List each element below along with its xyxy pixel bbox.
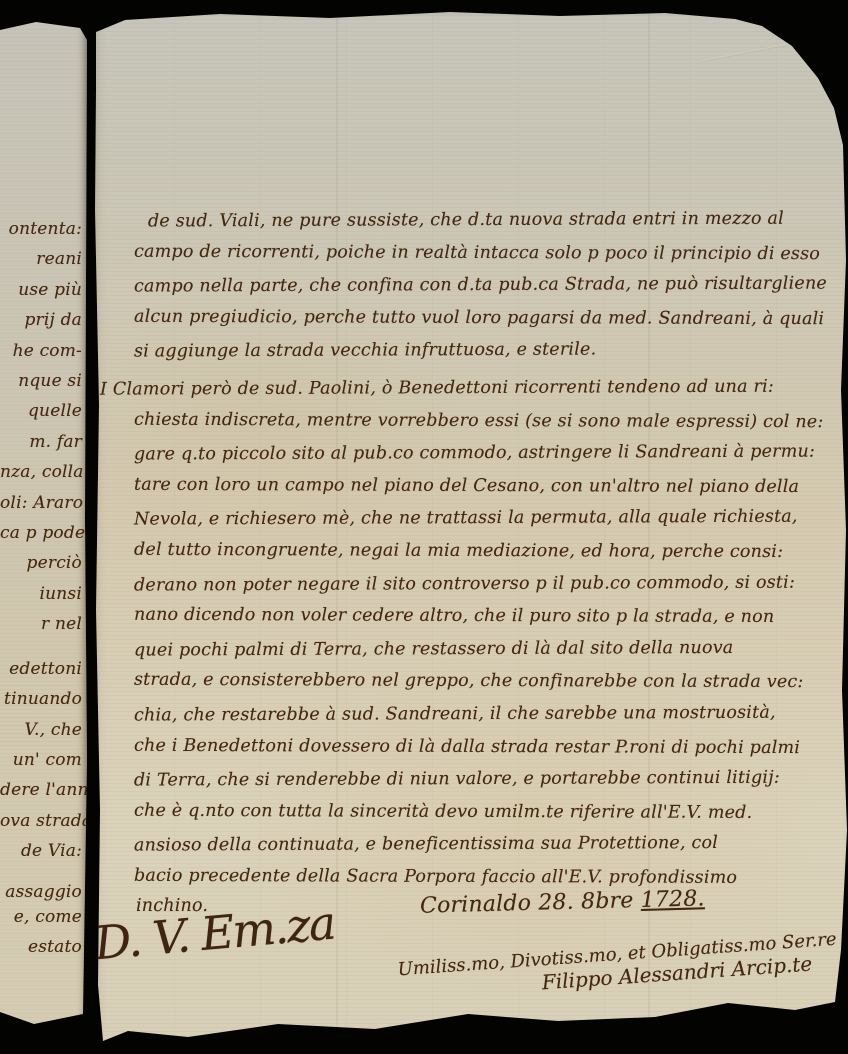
manuscript-photograph: ontenta:reaniuse piùprij dahe com-nque s… xyxy=(0,0,848,1054)
fragment-line: estato xyxy=(0,932,82,962)
manuscript-line: chiesta indiscreta, mentre vorrebbero es… xyxy=(134,403,840,438)
fragment-line: edettoni xyxy=(0,654,82,684)
manuscript-line: gare q.to piccolo sito al pub.co commodo… xyxy=(134,436,840,472)
fragment-line: de Via: xyxy=(0,836,82,866)
fragment-line: he com- xyxy=(0,336,82,366)
manuscript-line: I Clamori però de sud. Paolini, ò Benede… xyxy=(100,370,840,406)
dateline-year: 1728. xyxy=(640,886,705,913)
paragraph-2: I Clamori però de sud. Paolini, ò Benede… xyxy=(134,372,840,894)
fragment-line: oli: Araro xyxy=(0,488,82,518)
manuscript-line: strada, e consisterebbero nel greppo, ch… xyxy=(134,664,840,699)
fragment-line: ova strada xyxy=(0,806,82,836)
fragment-line: nque si xyxy=(0,366,82,396)
manuscript-line: ansioso della continuata, e beneficentis… xyxy=(134,827,840,863)
letter-body: de sud. Viali, ne pure sussiste, che d.t… xyxy=(134,204,840,893)
manuscript-line: si aggiunge la strada vecchia infruttuos… xyxy=(134,333,840,369)
manuscript-line: di Terra, che si renderebbe di niun valo… xyxy=(134,762,840,798)
addressee-flourish: D. V. Em.za xyxy=(92,896,336,971)
dateline-place: Corinaldo xyxy=(420,891,532,919)
manuscript-line: nano dicendo non voler cedere altro, che… xyxy=(134,599,840,634)
dateline-month: 8bre xyxy=(581,888,634,914)
manuscript-line: tare con loro un campo nel piano del Ces… xyxy=(134,469,840,504)
manuscript-line: campo de ricorrenti, poiche in realtà in… xyxy=(134,235,840,270)
left-page-text-fragments: ontenta:reaniuse piùprij dahe com-nque s… xyxy=(0,214,82,963)
left-page-fragment: ontenta:reaniuse piùprij dahe com-nque s… xyxy=(0,0,87,1054)
fragment-line: reani xyxy=(0,244,82,274)
manuscript-line: bacio precedente della Sacra Porpora fac… xyxy=(134,860,840,895)
valediction-block: Umiliss.mo, Divotiss.mo, et Obligatiss.m… xyxy=(397,929,839,1005)
main-manuscript-page: de sud. Viali, ne pure sussiste, che d.t… xyxy=(88,6,848,1052)
fragment-line: prij da xyxy=(0,305,82,335)
manuscript-line: che i Benedettoni dovessero di là dalla … xyxy=(134,729,840,764)
manuscript-line: che è q.nto con tutta la sincerità devo … xyxy=(134,794,840,829)
manuscript-line: del tutto incongruente, negai la mia med… xyxy=(134,534,840,569)
fragment-line: m. far xyxy=(0,427,82,457)
fragment-line: tinuando xyxy=(0,684,82,714)
fragment-line: dere l'anno xyxy=(0,775,82,805)
fragment-line: r nel xyxy=(0,609,82,639)
manuscript-line: derano non poter negare il sito controve… xyxy=(134,566,840,602)
fragment-line: V., che xyxy=(0,715,82,745)
manuscript-line: Nevola, e richiesero mè, che ne trattass… xyxy=(134,501,840,537)
dateline-day: 28. xyxy=(538,890,574,916)
fragment-line: un' com xyxy=(0,745,82,775)
fragment-line: perciò xyxy=(0,548,82,578)
manuscript-line: de sud. Viali, ne pure sussiste, che d.t… xyxy=(134,202,840,238)
fragment-line: iunsi xyxy=(0,579,82,609)
fragment-line: ontenta: xyxy=(0,214,82,244)
manuscript-line: quei pochi palmi di Terra, che restasser… xyxy=(134,631,840,667)
fragment-line: ca p pode xyxy=(0,518,82,548)
manuscript-line: campo nella parte, che confina con d.ta … xyxy=(134,268,840,304)
fragment-line: use più xyxy=(0,275,82,305)
paragraph-1: de sud. Viali, ne pure sussiste, che d.t… xyxy=(134,204,840,367)
paper-fiber xyxy=(732,8,831,51)
fragment-line: quelle xyxy=(0,396,82,426)
manuscript-line: chia, che restarebbe à sud. Sandreani, i… xyxy=(134,696,840,732)
fragment-line: nza, colla xyxy=(0,457,82,487)
manuscript-line: alcun pregiudicio, perche tutto vuol lor… xyxy=(134,301,840,336)
